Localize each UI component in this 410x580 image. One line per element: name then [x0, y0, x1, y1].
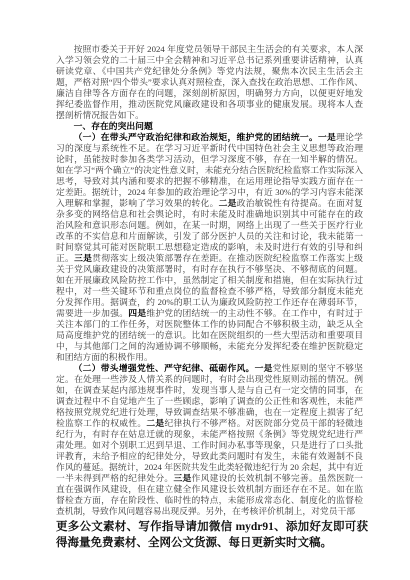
text-run: 理论学习的深度与系统性不足。在学习习近平新时代中国特色社会主义思想等政治理论时，… — [56, 132, 363, 208]
text-run: 三是 — [173, 473, 191, 483]
text-run: 按照市委关于开好 2024 年度党员领导干部民主生活会的有关要求，本人深入学习领… — [56, 44, 363, 120]
intro-paragraph: 按照市委关于开好 2024 年度党员领导干部民主生活会的有关要求，本人深入学习领… — [56, 44, 363, 121]
text-run: （一）在带头严守政治纪律和政治规矩，维护党的团结统一。一是 — [74, 132, 336, 142]
text-run: 三是 — [74, 253, 92, 263]
text-run: 更多公文素材、写作指导请加微信 mydr91、添加好友即可获得海量免费素材、全网… — [56, 521, 368, 549]
text-run: 四是 — [128, 308, 146, 318]
document-page: 按照市委关于开好 2024 年度党员领导干部民主生活会的有关要求，本人深入学习领… — [0, 0, 410, 580]
section-1-2-paragraph: （二）带头增强党性、严守纪律、砥砺作风。一是党性原则的坚守不够坚定。在处理一些涉… — [56, 363, 363, 517]
section-1-heading: 一、存在的突出问题 — [56, 121, 363, 132]
text-run: 二是 — [219, 198, 237, 208]
promo-note: 更多公文素材、写作指导请加微信 mydr91、添加好友即可获得海量免费素材、全网… — [56, 520, 368, 551]
document-body: 按照市委关于开好 2024 年度党员领导干部民主生活会的有关要求，本人深入学习领… — [56, 44, 363, 517]
section-1-1-paragraph: （一）在带头严守政治纪律和政治规矩，维护党的团结统一。一是理论学习的深度与系统性… — [56, 132, 363, 363]
text-run: 一、存在的突出问题 — [74, 121, 153, 131]
text-run: （二）带头增强党性、严守纪律、砥砺作风。一是 — [74, 363, 273, 373]
text-run: 二是 — [146, 418, 164, 428]
